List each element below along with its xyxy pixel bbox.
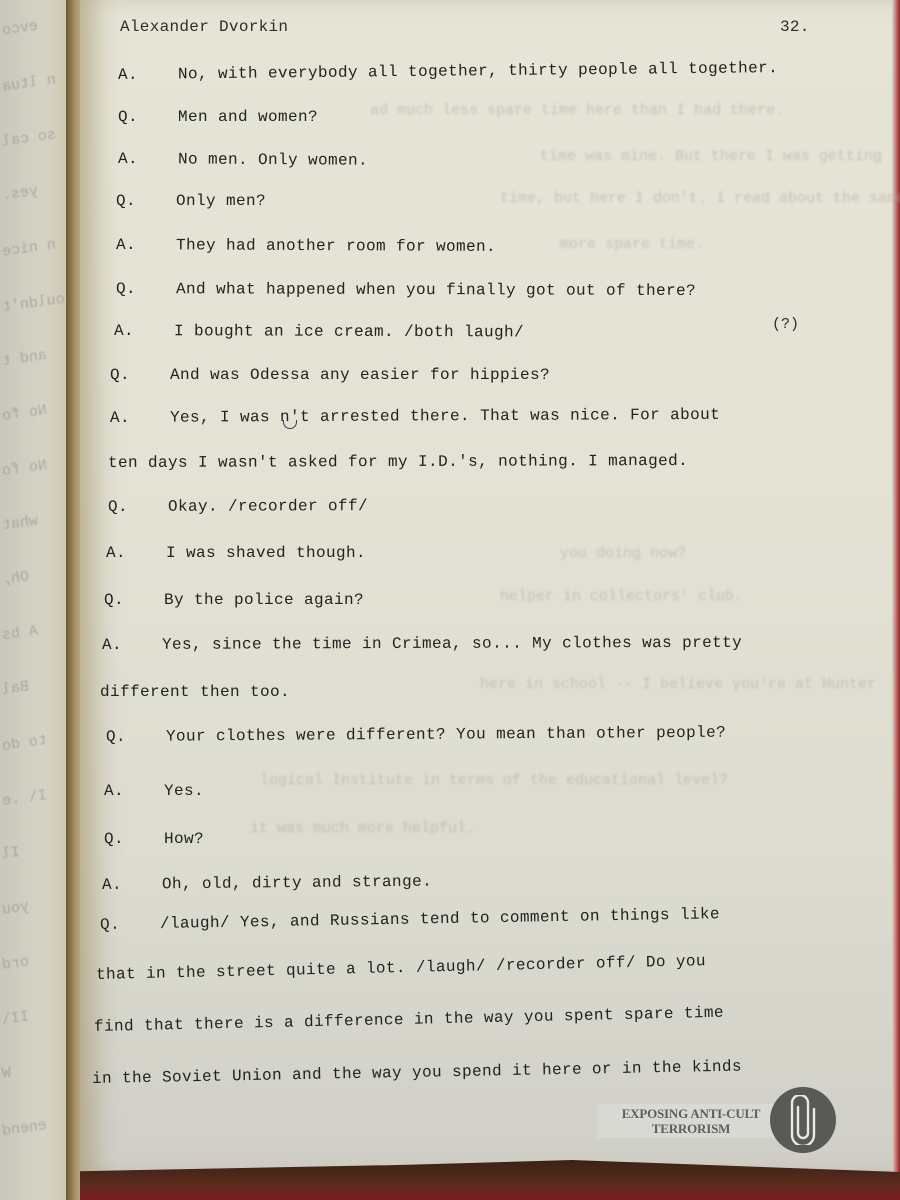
left-page-ghost-text: Il: [1, 844, 21, 863]
left-page-ghost-text: A bs: [1, 623, 39, 645]
speaker-label: A.: [102, 636, 162, 654]
speaker-label: Q.: [100, 915, 160, 934]
bleed-through-line: time, but here I don't. I read about the…: [500, 190, 900, 207]
speaker-label: Q.: [106, 728, 166, 746]
line-text: different then too.: [100, 683, 290, 701]
left-page-ghost-text: n nice: [1, 236, 57, 260]
red-cover-edge: [892, 0, 900, 1175]
line-text: ten days I wasn't asked for my I.D.'s, n…: [108, 452, 688, 472]
header-page-number: 32.: [780, 18, 810, 36]
line-text: Yes, since the time in Crimea, so... My …: [162, 634, 742, 654]
transcript-line: Q.Okay. /recorder off/: [108, 497, 368, 516]
watermark-line-2: TERRORISM: [598, 1121, 784, 1136]
bleed-through-line: time was mine. But there I was getting: [540, 148, 882, 165]
watermark-label: EXPOSING ANTI-CULT TERRORISM: [598, 1104, 784, 1138]
left-page-ghost-text: No fo: [1, 402, 48, 425]
bleed-through-line: here in school -- I believe you're at Hu…: [480, 676, 876, 693]
line-text: How?: [164, 830, 204, 848]
bleed-through-line: it was much more helpful.: [250, 820, 475, 837]
bleed-through-line: logical Institute in terms of the educat…: [260, 772, 728, 789]
transcript-line: A.Oh, old, dirty and strange.: [102, 873, 432, 894]
transcript-line: A.Yes, since the time in Crimea, so... M…: [102, 634, 742, 654]
left-page-ghost-text: II\: [1, 1008, 30, 1029]
left-page-ghost-text: ouldn't: [1, 291, 66, 317]
speaker-label: A.: [110, 409, 170, 427]
watermark-line-1: EXPOSING ANTI-CULT: [598, 1106, 784, 1121]
transcript-line: ten days I wasn't asked for my I.D.'s, n…: [108, 452, 688, 472]
transcript-line: A.Yes, I was n't arrested there. That wa…: [110, 406, 720, 427]
speaker-label: A.: [118, 150, 178, 168]
left-page-ghost-text: you: [1, 898, 30, 919]
bleed-through-line: ad much less spare time here than I had …: [370, 102, 784, 119]
transcript-line: A.No men. Only women.: [118, 150, 368, 170]
line-text: Yes.: [164, 782, 204, 800]
left-page-ghost-text: I\ .e: [1, 787, 48, 810]
line-text: Oh, old, dirty and strange.: [162, 873, 432, 894]
transcript-line: A.I bought an ice cream. /both laugh/: [114, 322, 524, 341]
transcript-line: Q.Men and women?: [118, 108, 318, 126]
line-text: And was Odessa any easier for hippies?: [170, 366, 550, 384]
line-text: By the police again?: [164, 591, 364, 609]
line-text: Yes, I was n't arrested there. That was …: [170, 406, 720, 427]
left-page-ghost-text: W: [1, 1064, 12, 1082]
left-page-ghost-text: Oh,: [1, 568, 30, 589]
left-page-ghost-text: n ltua: [1, 71, 57, 95]
transcript-line: Q.How?: [104, 830, 204, 848]
transcript-line: A.They had another room for women.: [116, 236, 496, 256]
left-page-ghost-text: yes.: [1, 183, 39, 205]
speaker-label: Q.: [104, 591, 164, 609]
transcript-line: Q.Only men?: [116, 192, 266, 210]
speaker-label: Q.: [118, 108, 178, 126]
left-page-ghost-text: ord: [1, 953, 30, 974]
bleed-through-line: more spare time.: [560, 236, 704, 253]
left-page-ghost-text: and t: [1, 347, 48, 370]
speaker-label: A.: [116, 236, 176, 254]
left-page-ghost-text: to do: [1, 732, 48, 755]
left-page-ghost-text: No fo: [1, 457, 48, 480]
left-page-ghost-text: evco: [1, 18, 39, 40]
speaker-label: Q.: [108, 498, 168, 516]
speaker-label: A.: [104, 782, 164, 800]
header-interviewee-name: Alexander Dvorkin: [120, 18, 288, 36]
paperclip-icon: [770, 1087, 836, 1153]
typed-transcript-page: [80, 0, 900, 1175]
transcript-line: A.Yes.: [104, 782, 204, 800]
bleed-through-line: helper in collectors' club.: [500, 588, 743, 605]
left-page-ghost-text: enend: [1, 1117, 48, 1140]
speaker-label: A.: [106, 544, 166, 562]
bleed-through-line: you doing now?: [560, 545, 686, 562]
speaker-label: Q.: [104, 830, 164, 848]
speaker-label: A.: [114, 322, 174, 340]
line-text: Only men?: [176, 192, 266, 210]
line-text: They had another room for women.: [176, 236, 496, 256]
left-page-ghost-text: so cal: [1, 126, 57, 150]
line-text: I was shaved though.: [166, 544, 366, 562]
speaker-label: A.: [102, 875, 162, 894]
speaker-label: Q.: [110, 366, 170, 384]
margin-note: (?): [772, 316, 799, 333]
line-text: I bought an ice cream. /both laugh/: [174, 322, 524, 341]
line-text: Men and women?: [178, 108, 318, 126]
transcript-line: Q.And what happened when you finally got…: [116, 280, 696, 300]
speaker-label: Q.: [116, 192, 176, 210]
line-text: And what happened when you finally got o…: [176, 280, 696, 300]
transcript-line: Q.And was Odessa any easier for hippies?: [110, 366, 550, 384]
transcript-line: A.I was shaved though.: [106, 544, 366, 562]
line-text: No men. Only women.: [178, 150, 368, 169]
left-page-ghost-text: what: [1, 513, 39, 535]
left-page-ghost-text: Bal: [1, 678, 30, 699]
line-text: Okay. /recorder off/: [168, 497, 368, 516]
speaker-label: A.: [118, 65, 178, 84]
transcript-line: Q.By the police again?: [104, 591, 364, 609]
speaker-label: Q.: [116, 280, 176, 298]
transcript-line: different then too.: [100, 683, 290, 701]
